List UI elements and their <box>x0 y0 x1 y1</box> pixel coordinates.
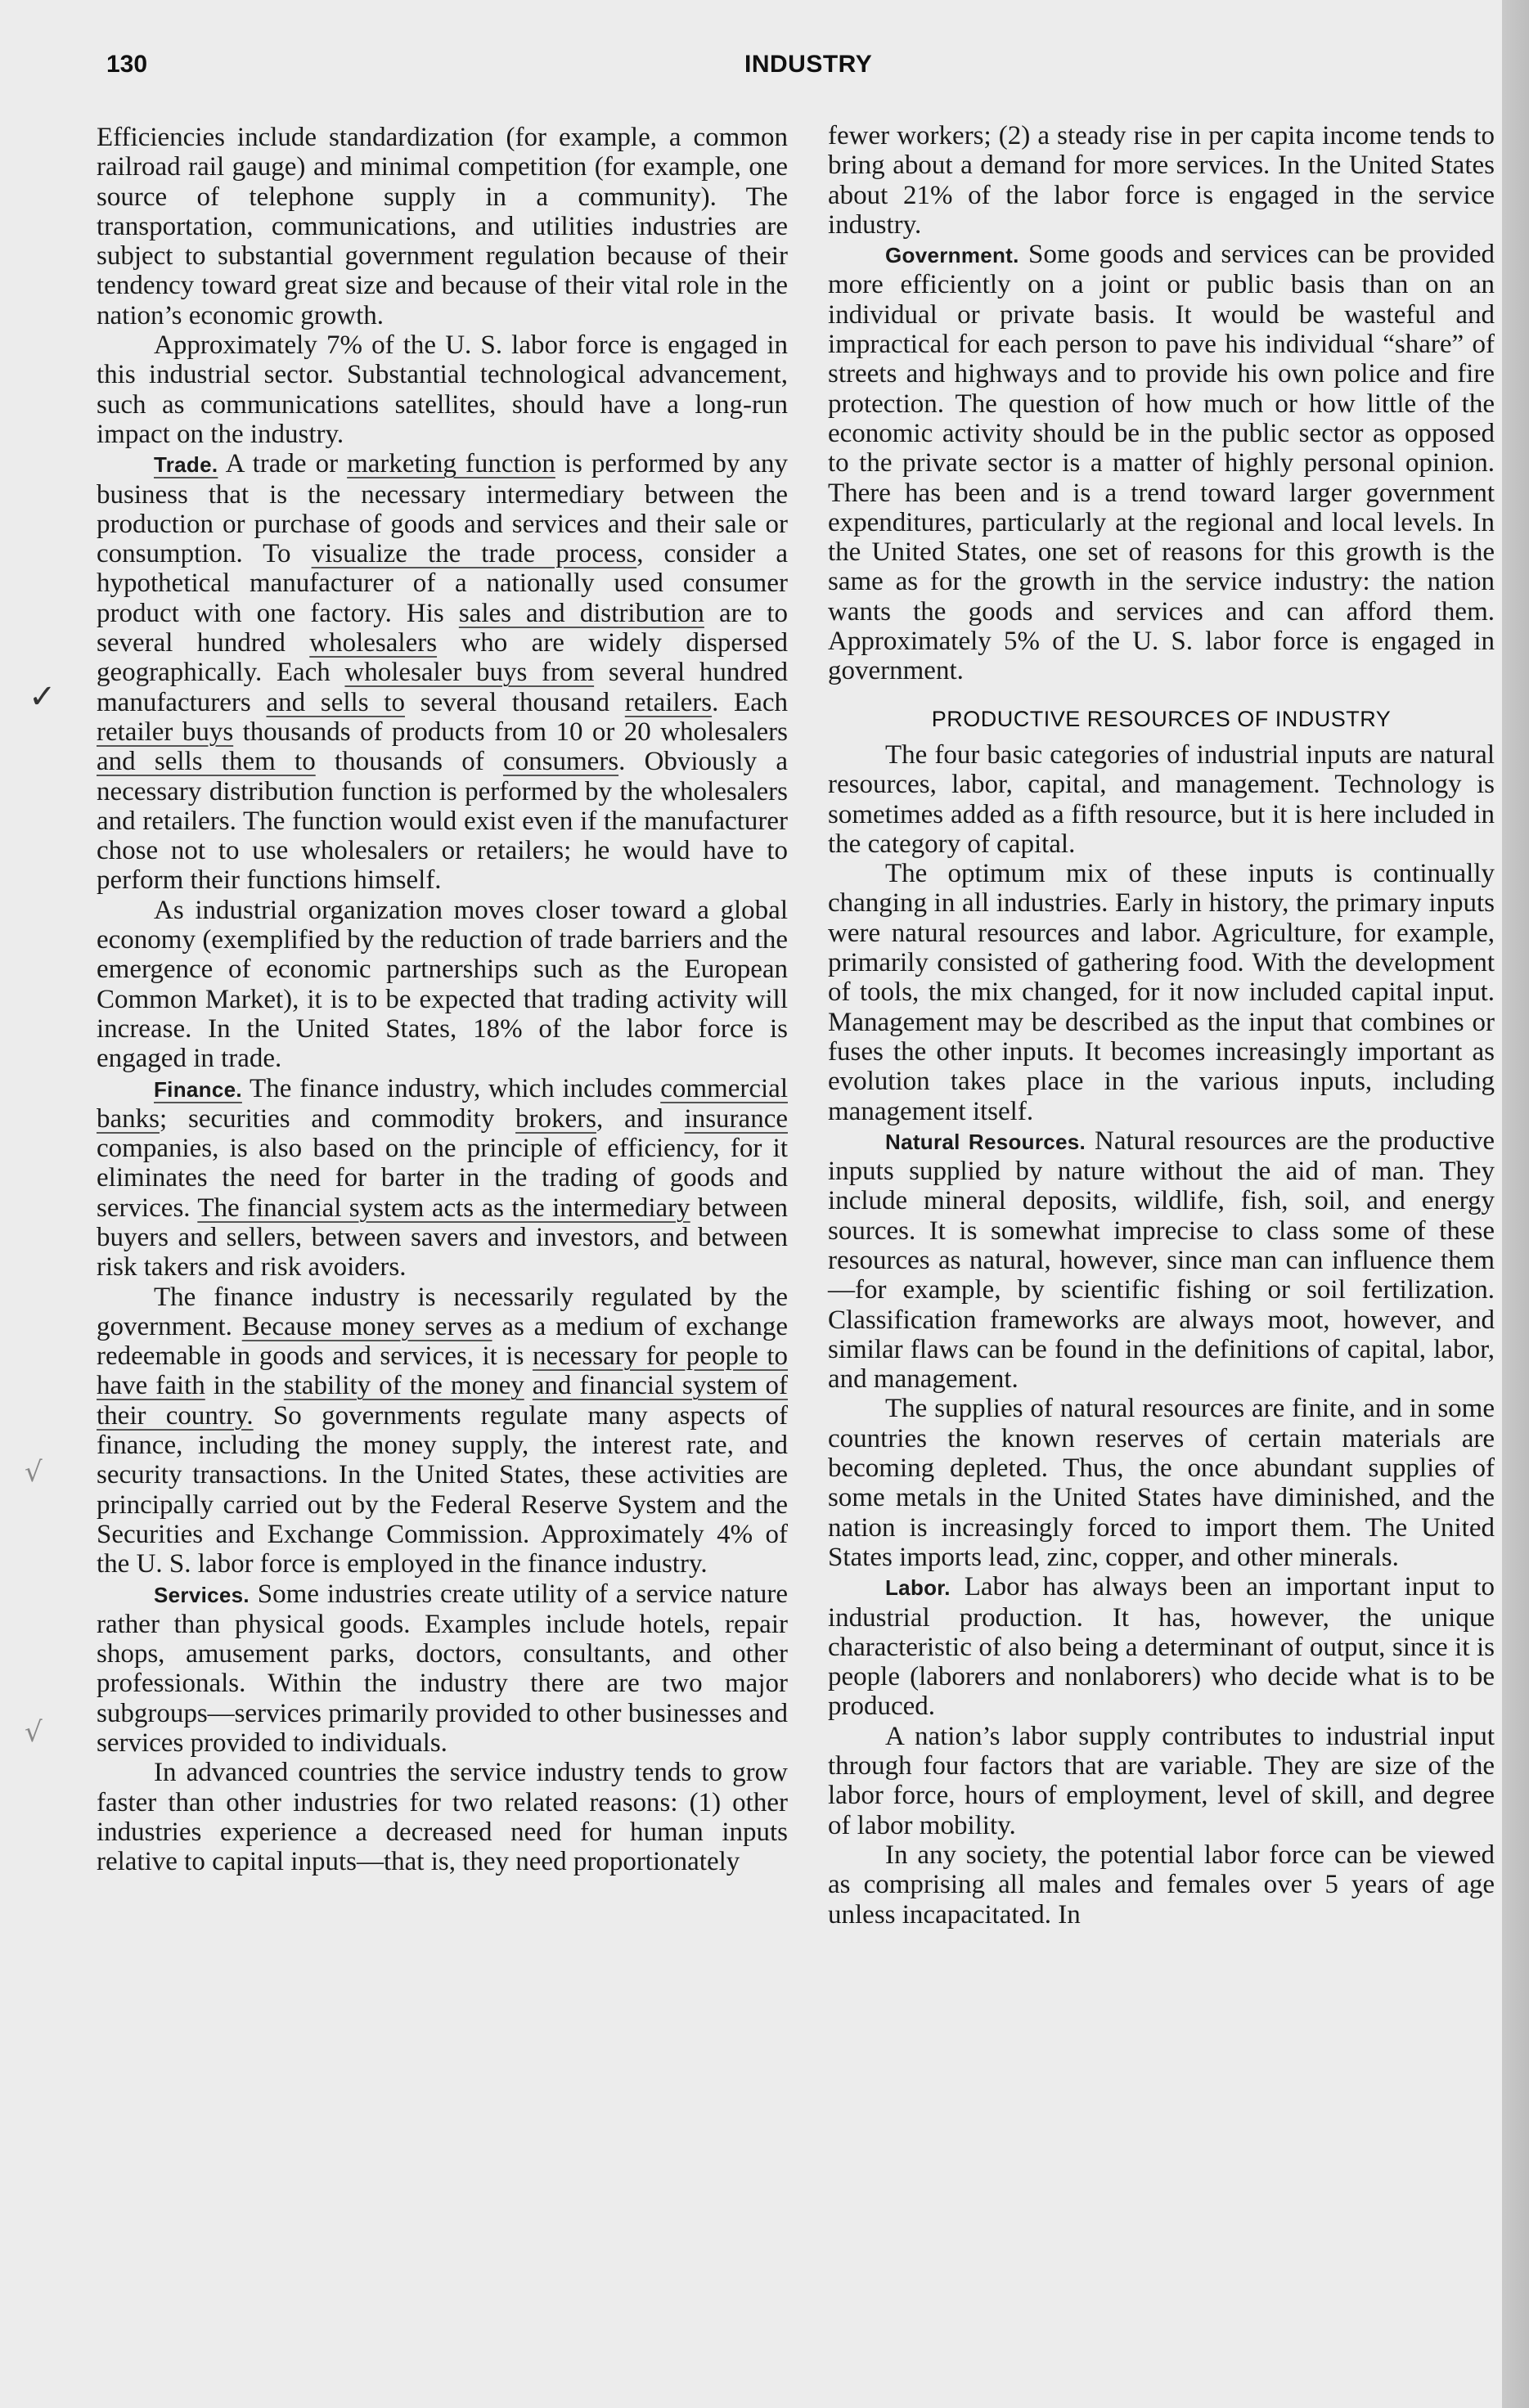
underlined-text: brokers <box>515 1104 596 1134</box>
paragraph: Efficiencies include standardization (fo… <box>97 123 788 330</box>
underlined-text: and sells to <box>266 688 404 717</box>
paragraph-trade: Trade. A trade or marketing function is … <box>97 449 788 895</box>
page-edge-shadow <box>1502 0 1529 2408</box>
paragraph-finance: Finance. The finance industry, which inc… <box>97 1074 788 1283</box>
page-number: 130 <box>106 51 147 79</box>
chapter-title: INDUSTRY <box>744 51 872 79</box>
subheading-finance: Finance. <box>154 1077 242 1102</box>
handwritten-check-icon: √ <box>25 1456 43 1489</box>
underlined-text: insurance <box>685 1104 788 1134</box>
subheading-government: Government. <box>885 243 1019 267</box>
paragraph: The four basic categories of industrial … <box>828 740 1495 859</box>
subheading-labor: Labor. <box>885 1575 951 1600</box>
underlined-text: wholesaler buys from <box>344 658 594 687</box>
paragraph: In advanced countries the service indust… <box>97 1758 788 1876</box>
text <box>524 1371 533 1400</box>
paragraph-labor: Labor. Labor has always been an importan… <box>828 1572 1495 1721</box>
paragraph: The optimum mix of these inputs is conti… <box>828 859 1495 1126</box>
text: thousands of products from 10 or 20 whol… <box>233 717 788 747</box>
right-column: fewer workers; (2) a steady rise in per … <box>828 121 1495 1930</box>
text: thousands of <box>316 747 503 776</box>
text: Natural resources are the productive inp… <box>828 1126 1495 1394</box>
text: in the <box>205 1371 284 1400</box>
text: ; securities and commodity <box>160 1104 515 1134</box>
handwritten-check-icon: ✓ <box>29 681 56 713</box>
left-column: Efficiencies include standardization (fo… <box>97 123 788 1877</box>
text: several thousand <box>405 688 625 717</box>
subheading-services: Services. <box>154 1583 250 1607</box>
paragraph: A nation’s labor supply contributes to i… <box>828 1722 1495 1840</box>
underlined-text: retailers <box>625 688 712 717</box>
underlined-text: marketing function <box>347 449 555 478</box>
paragraph: In any society, the potential labor forc… <box>828 1840 1495 1930</box>
text: Some goods and services can be provided … <box>828 240 1495 685</box>
section-heading: PRODUCTIVE RESOURCES OF INDUSTRY <box>828 704 1495 734</box>
text: The finance industry, which includes <box>242 1074 660 1103</box>
handwritten-check-icon: √ <box>25 1716 43 1749</box>
text: , and <box>596 1104 685 1134</box>
paragraph-government: Government. Some goods and services can … <box>828 240 1495 685</box>
underlined-text: visualize the trade process <box>312 539 637 568</box>
text: A trade or <box>218 449 347 478</box>
paragraph: The supplies of natural resources are fi… <box>828 1394 1495 1572</box>
paragraph: Approximately 7% of the U. S. labor forc… <box>97 330 788 449</box>
paragraph-natural-resources: Natural Resources. Natural resources are… <box>828 1126 1495 1395</box>
underlined-text: and sells them to <box>97 747 316 776</box>
running-head: 130 INDUSTRY <box>0 51 1502 83</box>
text: . Each <box>712 688 788 717</box>
underlined-text: wholesalers <box>309 628 437 658</box>
underlined-text: sales and distribution <box>459 599 704 628</box>
subheading-trade: Trade. <box>154 452 218 477</box>
book-page: 130 INDUSTRY ✓ √ √ Efficiencies include … <box>0 0 1502 2408</box>
subheading-natural-resources: Natural Resources. <box>885 1130 1086 1154</box>
underlined-text: consumers <box>503 747 618 776</box>
underlined-text: The financial system acts as the interme… <box>197 1193 690 1223</box>
paragraph: As industrial organization moves closer … <box>97 896 788 1074</box>
paragraph-finance-regulation: The finance industry is necessarily regu… <box>97 1283 788 1579</box>
underlined-text: retailer buys <box>97 717 233 747</box>
paragraph-services: Services. Some industries create utility… <box>97 1579 788 1759</box>
underlined-text: Because money serves <box>242 1312 492 1341</box>
paragraph: fewer workers; (2) a steady rise in per … <box>828 121 1495 240</box>
underlined-text: stability of the money <box>284 1371 524 1400</box>
